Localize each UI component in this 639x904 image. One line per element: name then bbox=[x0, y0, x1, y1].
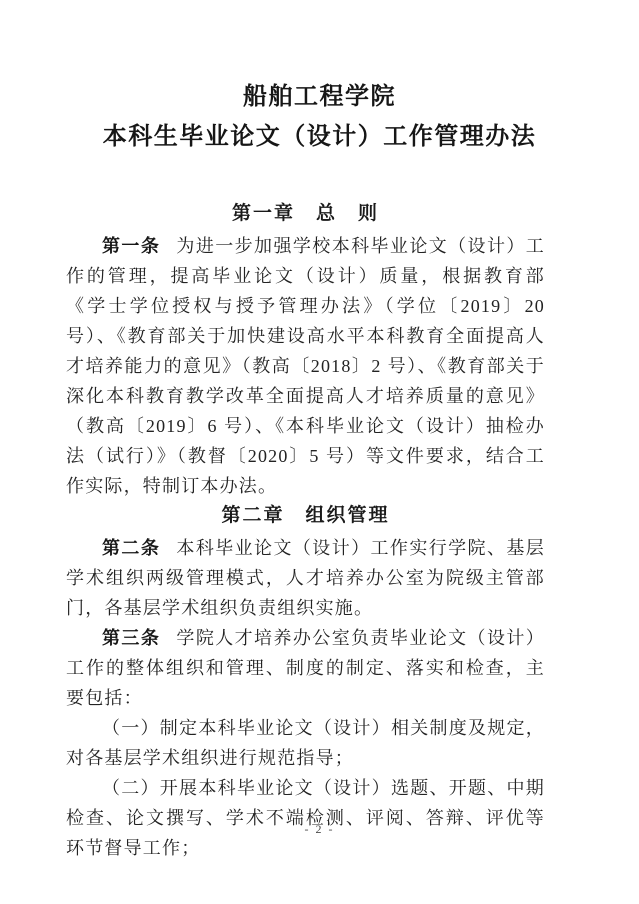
paragraph: （二）开展本科毕业论文（设计）选题、开题、中期检查、论文撰写、学术不端检测、评阅… bbox=[66, 773, 545, 863]
paragraph-text: 为进一步加强学校本科毕业论文（设计）工作的管理，提高毕业论文（设计）质量，根据教… bbox=[66, 236, 545, 496]
page-number: - 2 - bbox=[0, 822, 639, 837]
paragraph: （一）制定本科毕业论文（设计）相关制度及规定，对各基层学术组织进行规范指导； bbox=[66, 713, 545, 773]
paragraph-text: （二）开展本科毕业论文（设计）选题、开题、中期检查、论文撰写、学术不端检测、评阅… bbox=[66, 778, 545, 858]
document-body: 第一章 总 则 第一条为进一步加强学校本科毕业论文（设计）工作的管理，提高毕业论… bbox=[0, 199, 639, 863]
paragraph-text: （一）制定本科毕业论文（设计）相关制度及规定，对各基层学术组织进行规范指导； bbox=[66, 718, 545, 768]
paragraph: 第三条学院人才培养办公室负责毕业论文（设计）工作的整体组织和管理、制度的制定、落… bbox=[66, 623, 545, 713]
document-page: 船舶工程学院 本科生毕业论文（设计）工作管理办法 第一章 总 则 第一条为进一步… bbox=[0, 0, 639, 904]
article-number-label: 第三条 bbox=[102, 628, 160, 648]
chapter-heading: 第一章 总 则 bbox=[66, 199, 545, 229]
article-number-label: 第一条 bbox=[102, 236, 160, 256]
paragraph: 第二条本科毕业论文（设计）工作实行学院、基层学术组织两级管理模式，人才培养办公室… bbox=[66, 533, 545, 623]
document-title-line1: 船舶工程学院 bbox=[0, 80, 639, 114]
document-title-line2: 本科生毕业论文（设计）工作管理办法 bbox=[0, 119, 639, 155]
paragraph: 第一条为进一步加强学校本科毕业论文（设计）工作的管理，提高毕业论文（设计）质量，… bbox=[66, 231, 545, 501]
document-title-block: 船舶工程学院 本科生毕业论文（设计）工作管理办法 bbox=[0, 0, 639, 155]
article-number-label: 第二条 bbox=[102, 538, 160, 558]
chapter-heading: 第二章 组织管理 bbox=[66, 501, 545, 531]
